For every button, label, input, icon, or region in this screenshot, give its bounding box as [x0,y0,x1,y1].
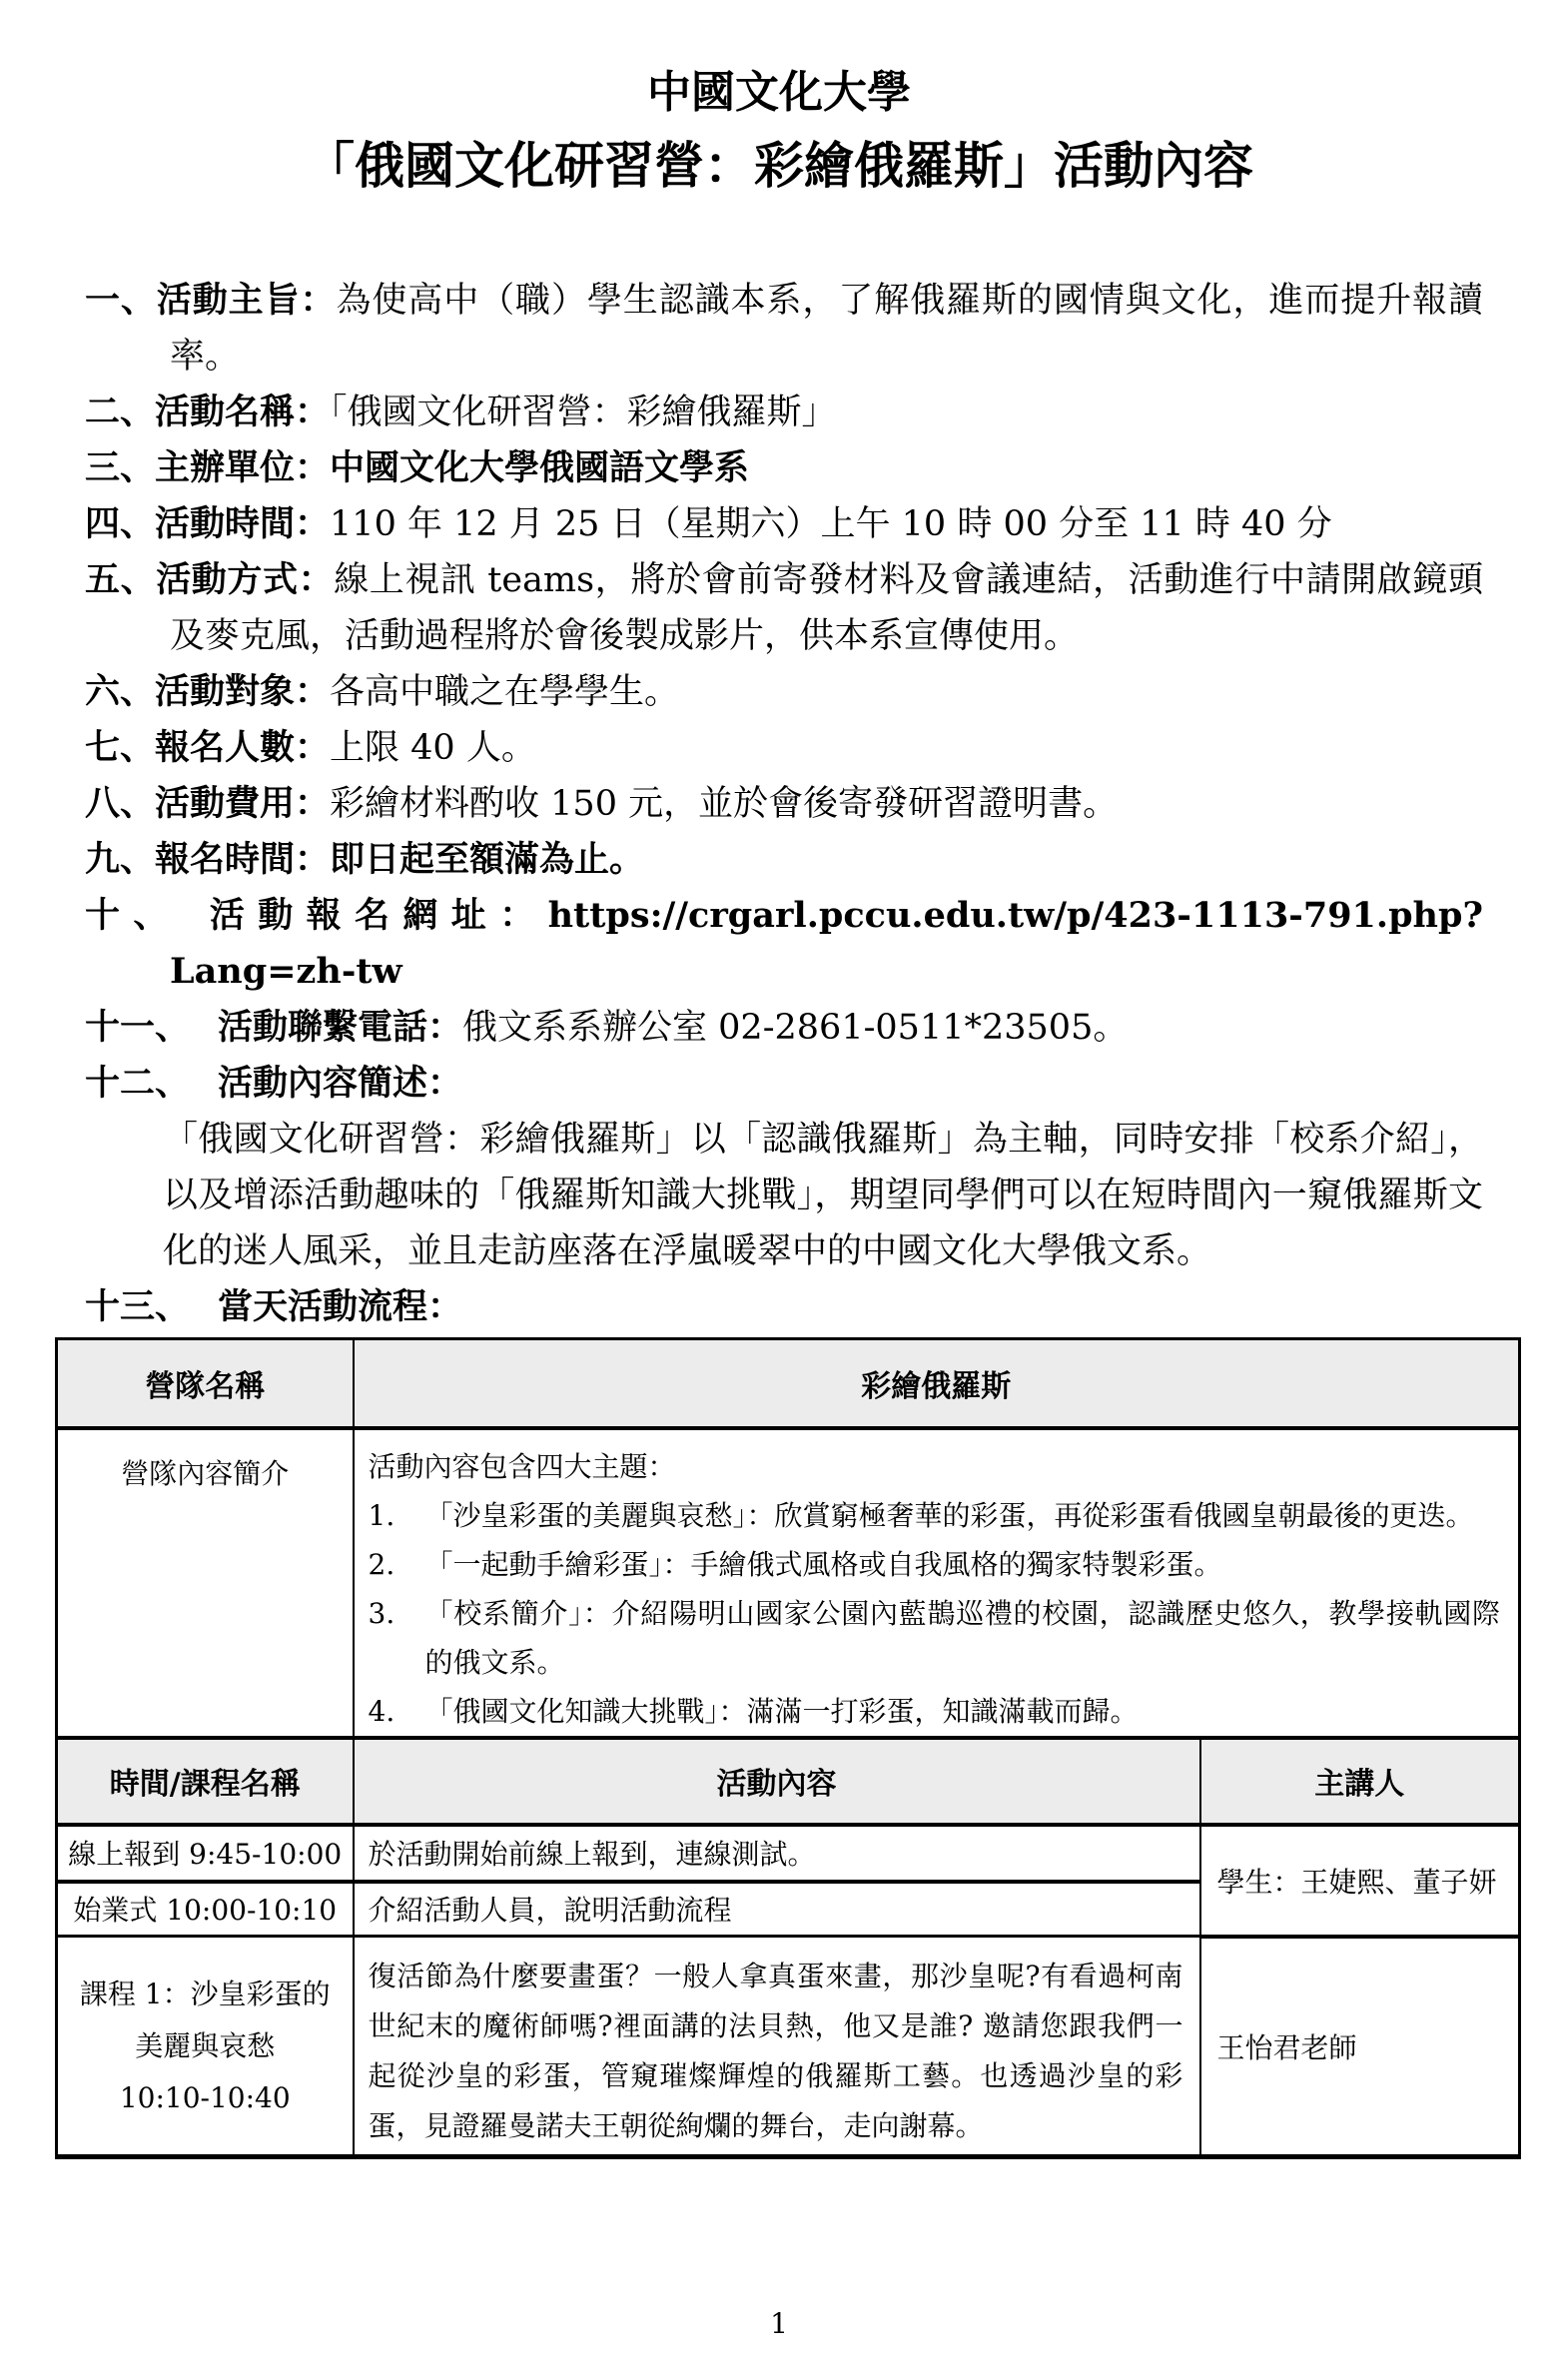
list-item-registration-url: 十、活動報名網址：https://crgarl.pccu.edu.tw/p/42… [85,888,1483,1000]
table-row-course-1: 課程 1：沙皇彩蛋的 美麗與哀愁 10:10-10:40 復活節為什麼要畫蛋？一… [57,1937,1520,2157]
topic-number: 3. [369,1589,425,1687]
item-label: 活動費用： [155,783,330,824]
item-number: 六、 [85,671,155,712]
intro-title: 活動內容包含四大主題： [369,1442,1501,1491]
item-number: 十二、 [85,1063,190,1104]
item-number: 十一、 [85,1007,190,1048]
item-content: 彩繪材料酌收 150 元，並於會後寄發研習證明書。 [330,784,1118,824]
document-header: 中國文化大學 「俄國文化研習營：彩繪俄羅斯」活動內容 [0,0,1558,206]
topic-text: 「校系簡介」：介紹陽明山國家公園內藍鵲巡禮的校園，認識歷史悠久，教學接軌國際的俄… [425,1589,1501,1687]
item-number: 三、 [85,447,155,488]
topic-text: 「俄國文化知識大挑戰」：滿滿一打彩蛋，知識滿載而歸。 [425,1687,1501,1736]
item-number: 五、 [85,559,156,600]
item-content: 「俄國文化研習營：彩繪俄羅斯」 [330,393,837,432]
item-content: 即日起至額滿為止。 [330,839,644,880]
camp-title-header-cell: 彩繪俄羅斯 [354,1339,1520,1428]
course1-time-range: 10:10-10:40 [58,2072,353,2124]
topic-number: 4. [369,1687,425,1736]
list-item-quota: 七、報名人數：上限 40 人。 [85,720,1483,776]
list-item-name: 二、活動名稱：「俄國文化研習營：彩繪俄羅斯」 [85,385,1483,440]
item-number: 八、 [85,783,155,824]
list-item-organizer: 三、主辦單位：中國文化大學俄國語文學系 [85,440,1483,496]
speaker-header-cell: 主講人 [1200,1738,1520,1825]
opening-content-cell: 介紹活動人員，說明活動流程 [354,1882,1200,1937]
table-row-camp-intro: 營隊內容簡介 活動內容包含四大主題： 1. 「沙皇彩蛋的美麗與哀愁」：欣賞窮極奢… [57,1428,1520,1738]
list-item-time: 四、活動時間：110 年 12 月 25 日（星期六）上午 10 時 00 分至… [85,496,1483,552]
list-item-method: 五、活動方式：線上視訊 teams，將於會前寄發材料及會議連結，活動進行中請開啟… [85,552,1483,664]
table-header-camp-name: 營隊名稱 彩繪俄羅斯 [57,1339,1520,1428]
item-content: 線上視訊 teams，將於會前寄發材料及會議連結，活動進行中請開啟鏡頭及麥克風，… [170,560,1483,656]
course1-title-line2: 美麗與哀愁 [58,2020,353,2072]
activity-table: 營隊名稱 彩繪俄羅斯 營隊內容簡介 活動內容包含四大主題： 1. 「沙皇彩蛋的美… [55,1337,1521,2159]
item-label: 主辦單位： [155,447,330,488]
item-label: 活動時間： [155,503,330,544]
item-label: 活動對象： [155,671,330,712]
item-label: 活動名稱： [155,392,330,432]
list-item-content-summary: 十二、活動內容簡述： [85,1056,1483,1112]
camp-intro-content-cell: 活動內容包含四大主題： 1. 「沙皇彩蛋的美麗與哀愁」：欣賞窮極奢華的彩蛋，再從… [354,1428,1520,1738]
item-number: 九、 [85,839,155,880]
topic-item-3: 3. 「校系簡介」：介紹陽明山國家公園內藍鵲巡禮的校園，認識歷史悠久，教學接軌國… [369,1589,1501,1687]
student-speakers-cell: 學生：王婕熙、董子妍 [1200,1825,1520,1937]
item-label: 當天活動流程： [218,1286,462,1327]
topic-item-1: 1. 「沙皇彩蛋的美麗與哀愁」：欣賞窮極奢華的彩蛋，再從彩蛋看俄國皇朝最後的更迭… [369,1491,1501,1540]
item-content: 俄文系系辦公室 02-2861-0511*23505。 [462,1008,1128,1048]
teacher-speaker-cell: 王怡君老師 [1200,1937,1520,2157]
camp-intro-label-cell: 營隊內容簡介 [57,1428,354,1738]
item-label: 活動內容簡述： [218,1063,462,1104]
item-content: 110 年 12 月 25 日（星期六）上午 10 時 00 分至 11 時 4… [330,504,1332,544]
list-item-purpose: 一、活動主旨：為使高中（職）學生認識本系，了解俄羅斯的國情與文化，進而提升報讀率… [85,273,1483,385]
item-label: 活動聯繫電話： [218,1007,462,1048]
table-row-checkin: 線上報到 9:45-10:00 於活動開始前線上報到，連線測試。 學生：王婕熙、… [57,1825,1520,1882]
summary-paragraph: 「俄國文化研習營：彩繪俄羅斯」以「認識俄羅斯」為主軸，同時安排「校系介紹」，以及… [163,1112,1483,1279]
list-item-day-schedule: 十三、當天活動流程： [85,1279,1483,1335]
topic-number: 2. [369,1540,425,1589]
event-title: 「俄國文化研習營：彩繪俄羅斯」活動內容 [0,126,1558,206]
item-content: 為使高中（職）學生認識本系，了解俄羅斯的國情與文化，進而提升報讀率。 [170,281,1483,377]
item-number: 七、 [85,727,155,768]
item-number: 一、 [85,280,157,321]
list-item-registration-period: 九、報名時間：即日起至額滿為止。 [85,832,1483,888]
document-body: 一、活動主旨：為使高中（職）學生認識本系，了解俄羅斯的國情與文化，進而提升報讀率… [85,273,1483,1335]
topic-number: 1. [369,1491,425,1540]
checkin-time-cell: 線上報到 9:45-10:00 [57,1825,354,1882]
item-number: 十、 [85,895,182,936]
activity-content-header-cell: 活動內容 [354,1738,1200,1825]
list-item-audience: 六、活動對象：各高中職之在學學生。 [85,664,1483,720]
item-number: 二、 [85,392,155,432]
opening-time-cell: 始業式 10:00-10:10 [57,1882,354,1937]
document-page: 中國文化大學 「俄國文化研習營：彩繪俄羅斯」活動內容 一、活動主旨：為使高中（職… [0,0,1558,2380]
item-label: 報名時間： [155,839,330,880]
time-course-header-cell: 時間/課程名稱 [57,1738,354,1825]
item-label: 活動報名網址： [210,895,548,936]
item-content: 上限 40 人。 [330,728,536,768]
item-content: 中國文化大學俄國語文學系 [330,447,749,488]
item-content: 各高中職之在學學生。 [330,672,679,712]
camp-name-header-cell: 營隊名稱 [57,1339,354,1428]
checkin-content-cell: 於活動開始前線上報到，連線測試。 [354,1825,1200,1882]
item-number: 十三、 [85,1286,190,1327]
topic-item-2: 2. 「一起動手繪彩蛋」：手繪俄式風格或自我風格的獨家特製彩蛋。 [369,1540,1501,1589]
topic-item-4: 4. 「俄國文化知識大挑戰」：滿滿一打彩蛋，知識滿載而歸。 [369,1687,1501,1736]
course1-content-cell: 復活節為什麼要畫蛋？一般人拿真蛋來畫，那沙皇呢?有看過柯南世紀末的魔術師嗎?裡面… [354,1937,1200,2157]
item-label: 報名人數： [155,727,330,768]
page-number: 1 [0,2307,1558,2380]
course1-time-cell: 課程 1：沙皇彩蛋的 美麗與哀愁 10:10-10:40 [57,1937,354,2157]
topic-text: 「一起動手繪彩蛋」：手繪俄式風格或自我風格的獨家特製彩蛋。 [425,1540,1501,1589]
table-header-schedule: 時間/課程名稱 活動內容 主講人 [57,1738,1520,1825]
list-item-contact-phone: 十一、活動聯繫電話：俄文系系辦公室 02-2861-0511*23505。 [85,1000,1483,1056]
item-label: 活動主旨： [157,280,337,321]
course1-title-line1: 課程 1：沙皇彩蛋的 [58,1969,353,2020]
topic-text: 「沙皇彩蛋的美麗與哀愁」：欣賞窮極奢華的彩蛋，再從彩蛋看俄國皇朝最後的更迭。 [425,1491,1501,1540]
item-label: 活動方式： [156,559,334,600]
item-number: 四、 [85,503,155,544]
list-item-fee: 八、活動費用：彩繪材料酌收 150 元，並於會後寄發研習證明書。 [85,776,1483,832]
university-title: 中國文化大學 [0,60,1558,126]
